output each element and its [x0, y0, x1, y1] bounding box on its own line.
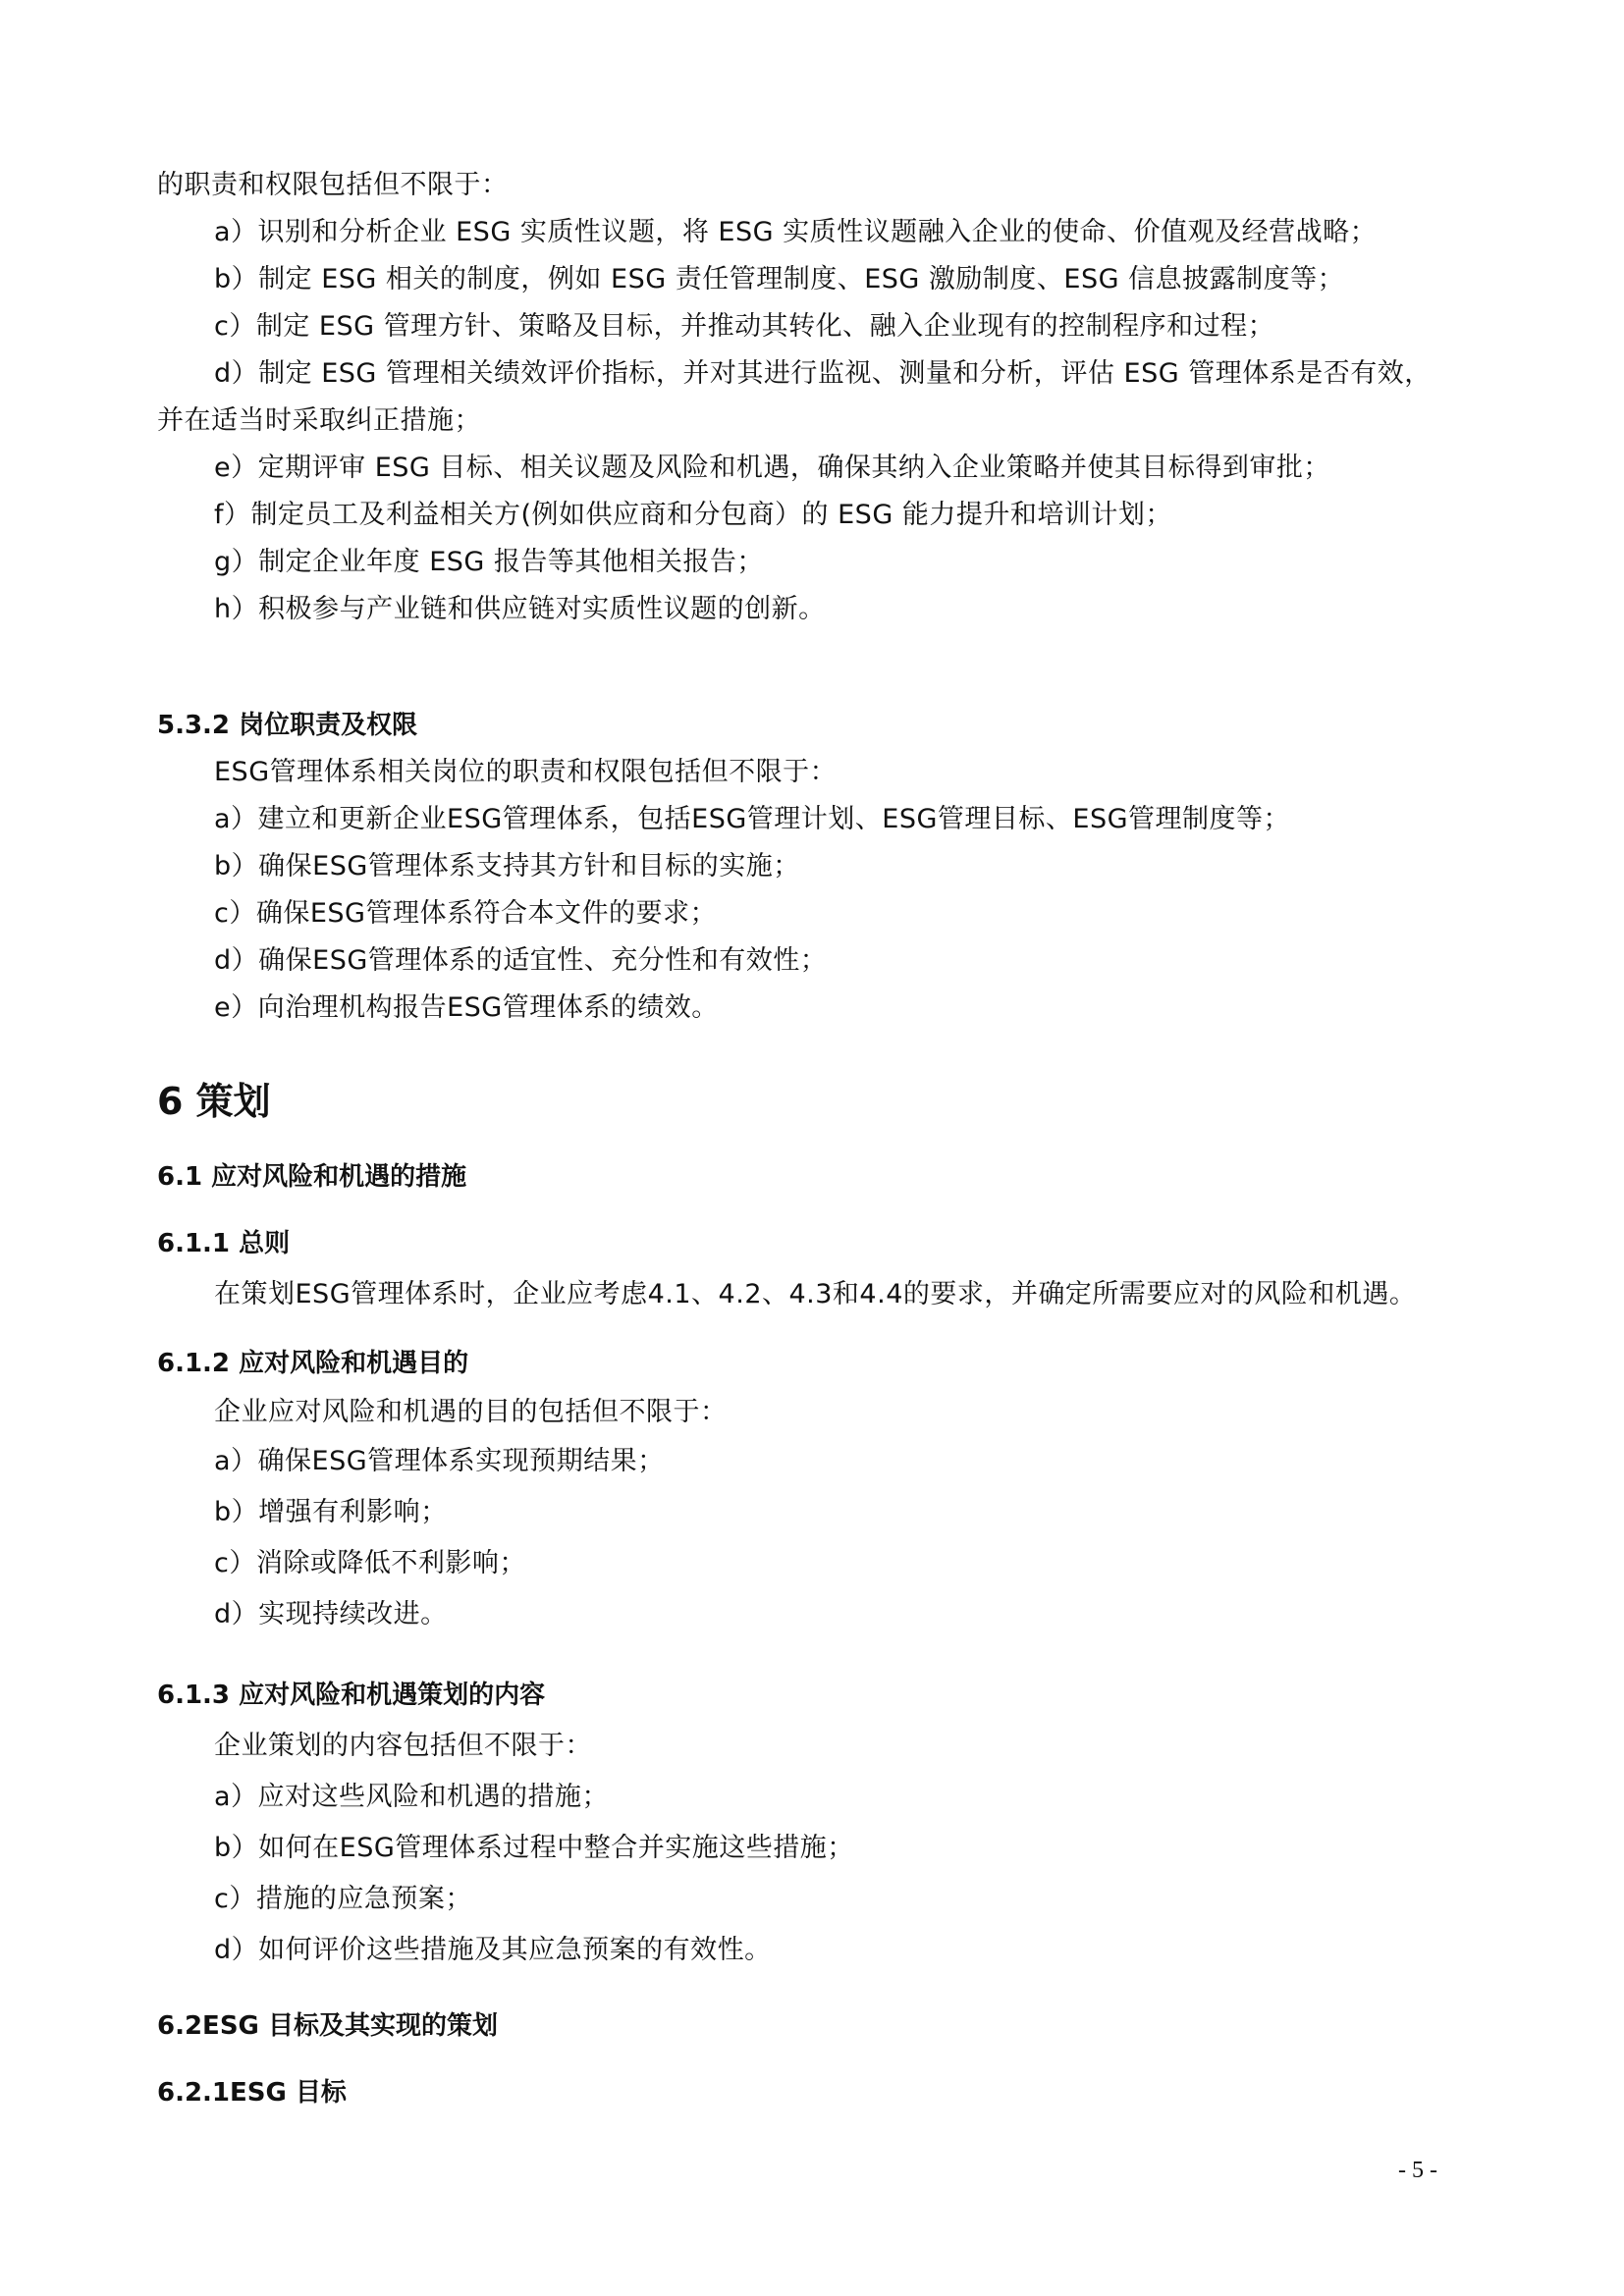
list-item: c）措施的应急预案； — [214, 1883, 472, 1916]
list-item: b）确保ESG管理体系支持其方针和目标的实施； — [214, 850, 800, 883]
list-item: a）确保ESG管理体系实现预期结果； — [214, 1445, 665, 1478]
document-page: 的职责和权限包括但不限于： a）识别和分析企业 ESG 实质性议题，将 ESG … — [0, 0, 1624, 2296]
list-item: c）制定 ESG 管理方针、策略及目标，并推动其转化、融入企业现有的控制程序和过… — [214, 310, 1274, 344]
list-item: h）积极参与产业链和供应链对实质性议题的创新。 — [214, 593, 826, 626]
list-item: a）识别和分析企业 ESG 实质性议题，将 ESG 实质性议题融入企业的使命、价… — [214, 216, 1377, 249]
list-item-continuation: 并在适当时采取纠正措施； — [157, 404, 481, 438]
paragraph: 在策划ESG管理体系时，企业应考虑4.1、4.2、4.3和4.4的要求，并确定所… — [214, 1278, 1416, 1311]
list-item: b）如何在ESG管理体系过程中整合并实施这些措施； — [214, 1832, 854, 1865]
list-item: b）制定 ESG 相关的制度，例如 ESG 责任管理制度、ESG 激励制度、ES… — [214, 263, 1344, 296]
list-item: a）应对这些风险和机遇的措施； — [214, 1781, 609, 1814]
list-item: g）制定企业年度 ESG 报告等其他相关报告； — [214, 546, 764, 579]
list-item: c）消除或降低不利影响； — [214, 1547, 526, 1580]
paragraph-intro-continuation: 的职责和权限包括但不限于： — [157, 169, 509, 202]
list-item: e）定期评审 ESG 目标、相关议题及风险和机遇，确保其纳入企业策略并使其目标得… — [214, 452, 1330, 485]
list-item: d）实现持续改进。 — [214, 1598, 448, 1631]
section-heading-6-1-1: 6.1.1 总则 — [157, 1227, 290, 1260]
list-item: f）制定员工及利益相关方(例如供应商和分包商）的 ESG 能力提升和培训计划； — [214, 499, 1172, 532]
list-item: e）向治理机构报告ESG管理体系的绩效。 — [214, 991, 719, 1025]
list-item: d）如何评价这些措施及其应急预案的有效性。 — [214, 1934, 772, 1967]
section-heading-6-1: 6.1 应对风险和机遇的措施 — [157, 1160, 466, 1194]
section-heading-6-1-2: 6.1.2 应对风险和机遇目的 — [157, 1347, 468, 1380]
section-heading-6-2: 6.2ESG 目标及其实现的策划 — [157, 2009, 498, 2043]
list-item: d）制定 ESG 管理相关绩效评价指标，并对其进行监视、测量和分析，评估 ESG… — [214, 357, 1432, 391]
list-item: d）确保ESG管理体系的适宜性、充分性和有效性； — [214, 944, 827, 978]
paragraph: 企业策划的内容包括但不限于： — [214, 1730, 592, 1763]
page-number: - 5 - — [1398, 2158, 1437, 2184]
section-heading-6-2-1: 6.2.1ESG 目标 — [157, 2076, 347, 2109]
list-item: b）增强有利影响； — [214, 1496, 448, 1529]
list-item: c）确保ESG管理体系符合本文件的要求； — [214, 897, 717, 931]
section-heading-6-1-3: 6.1.3 应对风险和机遇策划的内容 — [157, 1679, 545, 1712]
chapter-heading-6: 6 策划 — [157, 1080, 271, 1123]
paragraph: ESG管理体系相关岗位的职责和权限包括但不限于： — [214, 756, 837, 789]
list-item: a）建立和更新企业ESG管理体系，包括ESG管理计划、ESG管理目标、ESG管理… — [214, 803, 1290, 836]
paragraph: 企业应对风险和机遇的目的包括但不限于： — [214, 1396, 728, 1429]
section-heading-5-3-2: 5.3.2 岗位职责及权限 — [157, 709, 417, 742]
